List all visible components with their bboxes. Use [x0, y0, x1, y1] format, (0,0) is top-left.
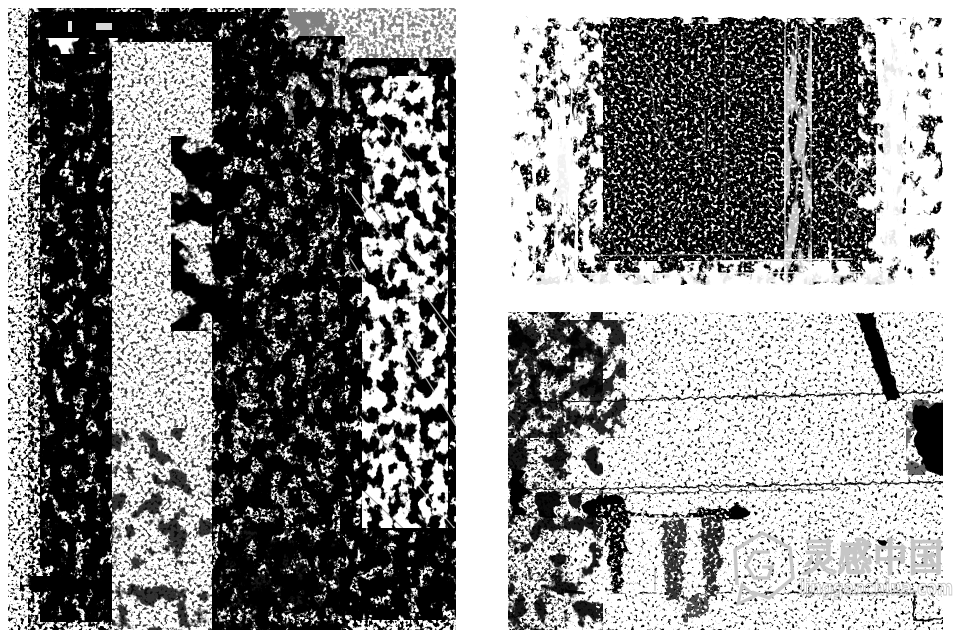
grunge-texture-left-panel	[8, 8, 456, 630]
grunge-texture-top-right-panel	[508, 15, 943, 285]
watermark-brand-text: 灵感中国	[802, 536, 944, 580]
tape-strip-right	[876, 25, 910, 265]
watermark-domain-text: lingganchina.com	[800, 576, 953, 600]
white-strip	[112, 42, 212, 630]
watermark: 灵感中国 lingganchina.com	[720, 524, 960, 608]
bottom-left-dash	[20, 576, 76, 592]
tape-strip-middle	[784, 27, 812, 285]
texture-sheet: 灵感中国 lingganchina.com	[0, 0, 960, 638]
right-dark-band	[340, 58, 456, 620]
tape-strip-left	[552, 31, 578, 269]
lingganchina-logo-icon	[735, 533, 793, 604]
